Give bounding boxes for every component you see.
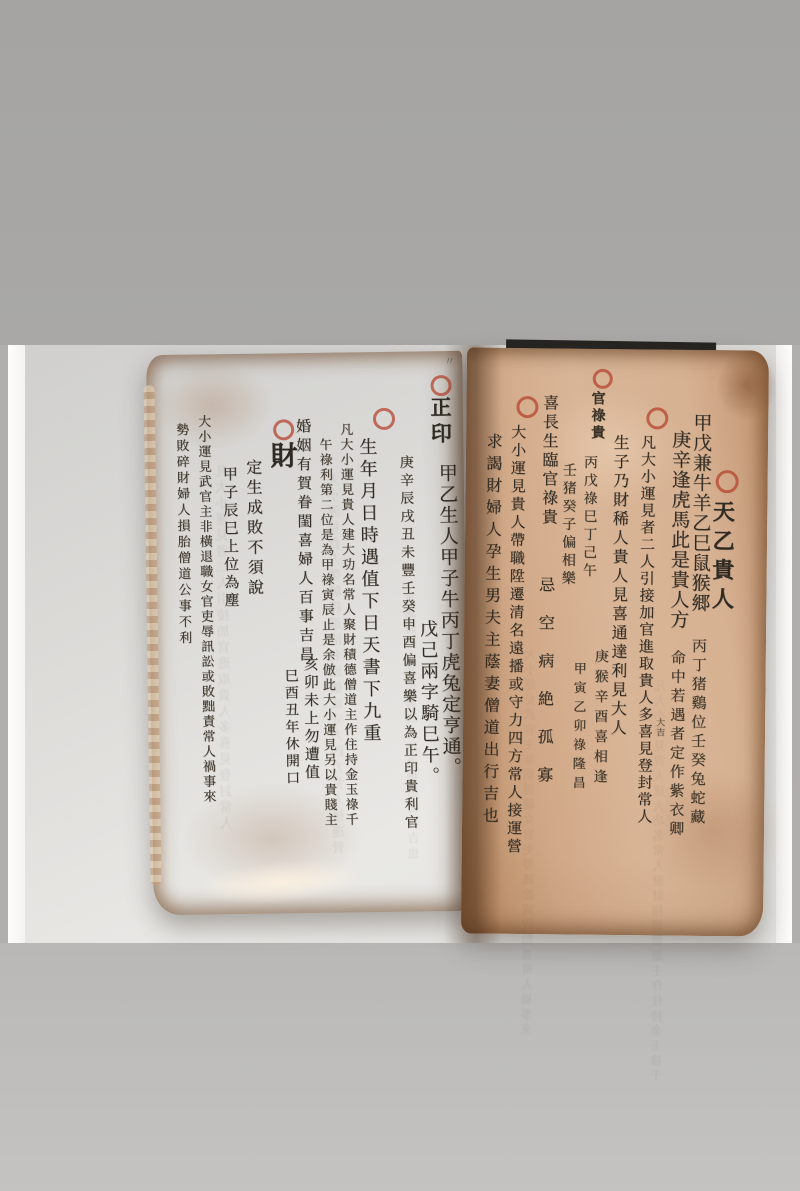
inline-note: 大吉 xyxy=(653,717,666,737)
red-reading-circle xyxy=(593,369,613,389)
poem-column-small: 丙戊祿巳丁己午 xyxy=(579,455,600,581)
poem-column: 庚辛逢虎馬此是貴人方 xyxy=(665,430,694,630)
left-page: 〃 大小運見貴人帶職陞遷清名遠播或守力四方常人接運營 凡大小運見者二人引接加官進… xyxy=(146,351,470,915)
commentary-column: 凡大小運見者二人引接加官進取貴人多喜見登封常人 xyxy=(634,434,659,825)
section-title-guanlu-gui: 官祿貴 xyxy=(587,391,608,442)
paper-stain xyxy=(716,350,777,421)
poem-column: 亥卯未上勿遭值 xyxy=(300,656,323,782)
film-strip-left xyxy=(8,345,25,943)
poem-column-small: 庚辛辰戌丑未豐壬癸申酉偏喜樂以為正印貴利官 xyxy=(396,454,421,832)
poem-column: 定生成敗不須說 xyxy=(242,459,267,599)
right-page: 凡大小運見貴人建大功名常人聚財積德僧道主作住持金玉祿千 大小運見武官主非橫退職女… xyxy=(461,347,769,936)
red-reading-circle xyxy=(716,470,739,493)
left-page-deckle-edge xyxy=(144,385,162,885)
poem-column-small: 壬猪癸子偏相樂 xyxy=(558,462,579,588)
poem-column: 甲子辰巳上位為塵 xyxy=(220,466,243,610)
red-reading-circle xyxy=(646,407,668,429)
like-column: 喜長生臨官祿貴 xyxy=(537,394,561,527)
commentary-column: 勢敗碎財婦人損胎僧道公事不利 xyxy=(171,423,193,647)
paper-stain xyxy=(641,769,782,890)
red-reading-circle xyxy=(516,396,538,418)
book-gutter-shadow xyxy=(444,345,502,943)
poem-column: 巳酉丑年休開口 xyxy=(280,668,302,787)
poem-column-small: 命中若遇者定作紫衣卿 xyxy=(666,650,689,840)
commentary-column: 大小運見武官主非橫退職女官吏辱訊訟或敗黜責常人禍事來 xyxy=(193,414,217,804)
manuscript-photo: 〃 大小運見貴人帶職陞遷清名遠播或守力四方常人接運營 凡大小運見者二人引接加官進… xyxy=(8,345,792,943)
red-reading-circle xyxy=(273,419,294,440)
screenshot: 〃 大小運見貴人帶職陞遷清名遠播或守力四方常人接運營 凡大小運見者二人引接加官進… xyxy=(0,0,800,1191)
film-strip-right xyxy=(776,345,792,943)
red-reading-circle xyxy=(373,408,395,430)
poem-column-small: 丙丁猪鷄位壬癸兔蛇藏 xyxy=(687,638,710,828)
commentary-column: 大小運見貴人帶職陞遷清名遠播或守力四方常人接運營 xyxy=(504,424,530,856)
poem-column-small: 甲寅乙卯祿隆昌 xyxy=(567,662,587,795)
avoid-column: 忌空病絶孤寡 xyxy=(532,576,557,804)
gray-band-top xyxy=(0,0,800,345)
section-title-cai: 財 xyxy=(261,441,300,469)
gray-band-bottom xyxy=(0,943,800,1191)
poem-column-small: 庚猴辛酉喜相逢 xyxy=(589,649,610,789)
